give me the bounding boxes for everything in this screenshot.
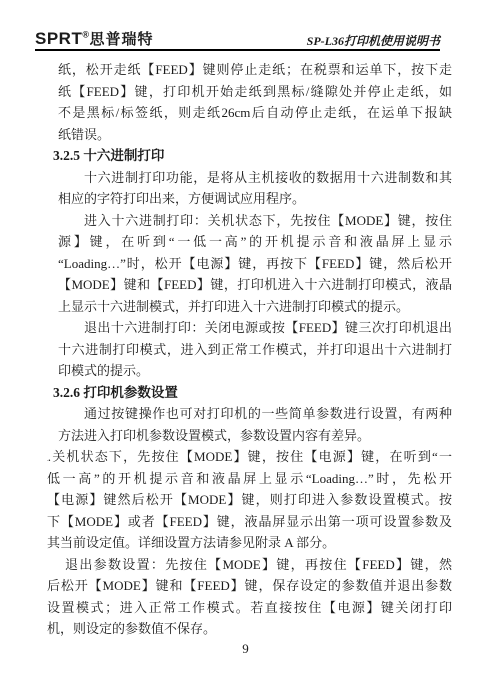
text-line: 源】键，在听到“一低一高”的开机提示音和液晶屏上显示 bbox=[58, 231, 452, 253]
text-line: 印模式的提示。 bbox=[58, 360, 452, 382]
text-line: 纸错误。 bbox=[58, 124, 452, 146]
text-line: 下【MODE】或者【FEED】键，液晶屏显示出第一项可设置参数及 bbox=[47, 511, 452, 533]
text-line: 纸【FEED】键，打印机开始走纸到黑标/缝隙处并停止走纸，如 bbox=[58, 81, 452, 103]
page-header: SPRT®思普瑞特 SP-L36打印机使用说明书 bbox=[35, 22, 440, 51]
paragraph: a.关机状态下，先按住【MODE】键，按住【电源】键，在听到“一低一高”的开机提… bbox=[47, 446, 452, 554]
paragraph: 纸，松开走纸【FEED】键则停止走纸；在税票和运单下，按下走纸【FEED】键，打… bbox=[58, 59, 452, 145]
text-line: 【电源】键然后松开【MODE】键，则打印进入参数设置模式。按 bbox=[47, 489, 452, 511]
text-line: 纸，松开走纸【FEED】键则停止走纸；在税票和运单下，按下走 bbox=[58, 59, 452, 81]
brand-name: SPRT bbox=[35, 29, 82, 48]
brand-name-chinese: 思普瑞特 bbox=[89, 32, 153, 48]
text-line: 机，则设定的参数值不保存。 bbox=[47, 618, 452, 640]
text-line: 上显示十六进制模式，并打印进入十六进制打印模式的提示。 bbox=[58, 296, 452, 318]
content: 纸，松开走纸【FEED】键则停止走纸；在税票和运单下，按下走纸【FEED】键，打… bbox=[42, 59, 452, 640]
paragraph: 进入十六进制打印：关机状态下，先按住【MODE】键，按住【电源】键，在听到“一低… bbox=[58, 210, 452, 318]
manual-page: SPRT®思普瑞特 SP-L36打印机使用说明书 纸，松开走纸【FEED】键则停… bbox=[0, 0, 491, 695]
text-line: 设置模式；进入正常工作模式。若直接按住【电源】键关闭打印 bbox=[47, 597, 452, 619]
section-heading: 3.2.6 打印机参数设置 bbox=[53, 382, 452, 404]
page-number: 9 bbox=[242, 641, 249, 656]
text-line: 后松开【MODE】键和【FEED】键，保存设定的参数值并退出参数 bbox=[47, 575, 452, 597]
page-footer: 9 bbox=[0, 641, 491, 657]
text-line: 进入十六进制打印：关机状态下，先按住【MODE】键，按住【电 bbox=[58, 210, 452, 232]
text-line: “Loading…”时，松开【电源】键，再按下【FEED】键，然后松开 bbox=[58, 253, 452, 275]
document-title: SP-L36打印机使用说明书 bbox=[307, 35, 440, 48]
section-heading: 3.2.5 十六进制打印 bbox=[53, 145, 452, 167]
text-line: 方法进入打印机参数设置模式，参数设置内容有差异。 bbox=[58, 425, 452, 447]
text-line: 相应的字符打印出来，方便调试应用程序。 bbox=[58, 188, 452, 210]
text-line: 退出参数设置：先按住【MODE】键，再按住【FEED】键，然 bbox=[47, 554, 452, 576]
text-line: 不是黑标/标签纸，则走纸26cm后自动停止走纸，在运单下报缺 bbox=[58, 102, 452, 124]
text-line: 【MODE】键和【FEED】键，打印机进入十六进制打印模式，液晶屏 bbox=[58, 274, 452, 296]
text-line: 通过按键操作也可对打印机的一些简单参数进行设置，有两种 bbox=[58, 403, 452, 425]
paragraph: 十六进制打印功能，是将从主机接收的数据用十六进制数和其相应的字符打印出来，方便调… bbox=[58, 167, 452, 210]
text-line: 十六进制打印功能，是将从主机接收的数据用十六进制数和其 bbox=[58, 167, 452, 189]
text-line: 十六进制打印模式，进入到正常工作模式，并打印退出十六进制打 bbox=[58, 339, 452, 361]
paragraph: 退出十六进制打印：关闭电源或按【FEED】键三次打印机退出十六进制打印模式，进入… bbox=[58, 317, 452, 382]
brand-logo: SPRT®思普瑞特 bbox=[35, 30, 154, 48]
text-line: a.关机状态下，先按住【MODE】键，按住【电源】键，在听到“一 bbox=[47, 446, 452, 468]
text-line: 其当前设定值。详细设置方法请参见附录 A 部分。 bbox=[47, 532, 452, 554]
paragraph: 通过按键操作也可对打印机的一些简单参数进行设置，有两种方法进入打印机参数设置模式… bbox=[58, 403, 452, 446]
text-line: 低一高”的开机提示音和液晶屏上显示“Loading…”时，先松开 bbox=[47, 468, 452, 490]
text-line: 退出十六进制打印：关闭电源或按【FEED】键三次打印机退出 bbox=[58, 317, 452, 339]
paragraph: 退出参数设置：先按住【MODE】键，再按住【FEED】键，然后松开【MODE】键… bbox=[47, 554, 452, 640]
